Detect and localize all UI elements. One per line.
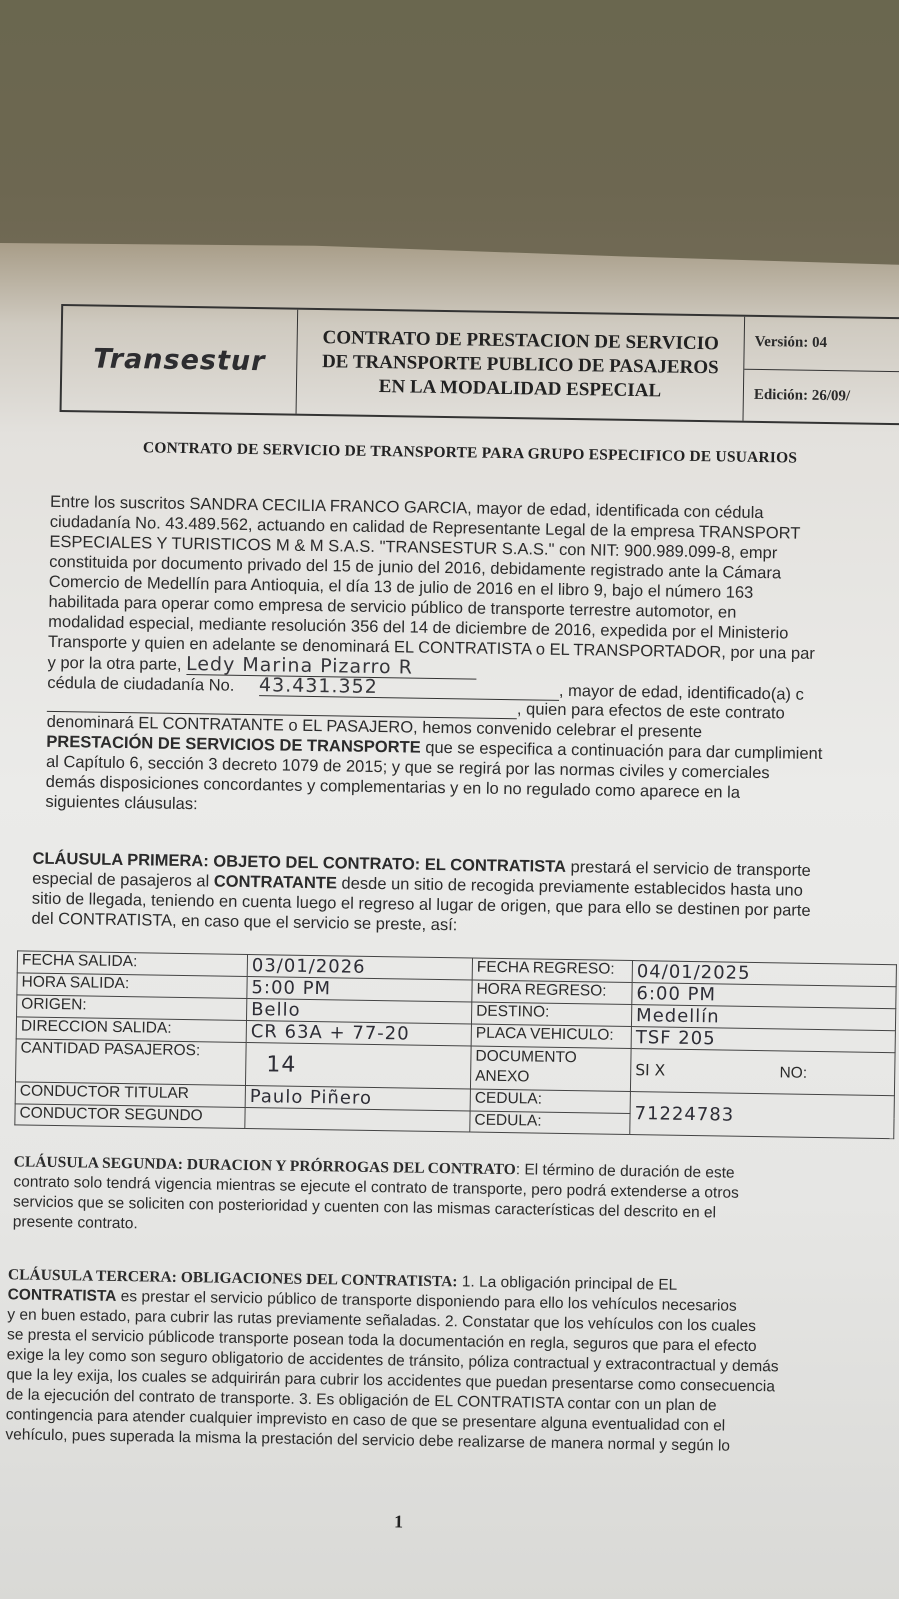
title-line: EN LA MODALIDAD ESPECIAL [379, 375, 662, 403]
hora-salida-value[interactable]: 5:00 PM [247, 977, 472, 1003]
clausula-tercera: CLÁUSULA TERCERA: OBLIGACIONES DEL CONTR… [5, 1265, 868, 1458]
label-hora-regreso: HORA REGRESO: [472, 980, 632, 1005]
cedula-1-value[interactable]: 71224783 [630, 1092, 895, 1139]
anexo-si-checkbox[interactable]: SI X [635, 1061, 665, 1079]
document-title: CONTRATO DE PRESTACION DE SERVICIO DE TR… [297, 310, 746, 421]
intro-paragraph: Entre los suscritos SANDRA CECILIA FRANC… [45, 492, 899, 825]
document-meta: Versión: 04 Edición: 26/09/ [743, 317, 899, 424]
cantidad-pasajeros-value[interactable]: 14 [245, 1042, 471, 1089]
label-cantidad-pasajeros: CANTIDAD PASAJEROS: [16, 1039, 247, 1086]
version-label: Versión: 04 [744, 317, 899, 372]
fecha-salida-value[interactable]: 03/01/2026 [247, 955, 472, 981]
label-fecha-regreso: FECHA REGRESO: [472, 958, 632, 983]
trip-details-table: FECHA SALIDA: 03/01/2026 FECHA REGRESO: … [14, 950, 897, 1139]
label-documento-anexo: DOCUMENTO ANEXO [470, 1046, 631, 1092]
clausula-primera: CLÁUSULA PRIMERA: OBJETO DEL CONTRATO: E… [31, 849, 892, 942]
edition-label: Edición: 26/09/ [743, 369, 899, 423]
label-cedula-2: CEDULA: [470, 1111, 630, 1135]
label-cedula-1: CEDULA: [470, 1089, 630, 1114]
documento-anexo-options: SI X NO: [630, 1049, 895, 1096]
clausula-segunda: CLÁUSULA SEGUNDA: DURACION Y PRÓRROGAS D… [13, 1152, 874, 1245]
background-surface [0, 0, 899, 270]
label-destino: DESTINO: [471, 1002, 631, 1027]
direccion-salida-value[interactable]: CR 63A + 77-20 [246, 1020, 471, 1046]
origen-value[interactable]: Bello [247, 999, 472, 1025]
conductor-titular-value[interactable]: Paulo Piñero [245, 1085, 470, 1111]
page-number: 1 [394, 1511, 403, 1532]
label-conductor-segundo: CONDUCTOR SEGUNDO [15, 1104, 245, 1129]
conductor-segundo-value[interactable] [245, 1107, 470, 1132]
label-placa: PLACA VEHICULO: [471, 1024, 631, 1049]
document-header: Transestur CONTRATO DE PRESTACION DE SER… [60, 304, 899, 425]
company-logo: Transestur [62, 306, 299, 414]
anexo-no-checkbox[interactable]: NO: [779, 1064, 807, 1081]
